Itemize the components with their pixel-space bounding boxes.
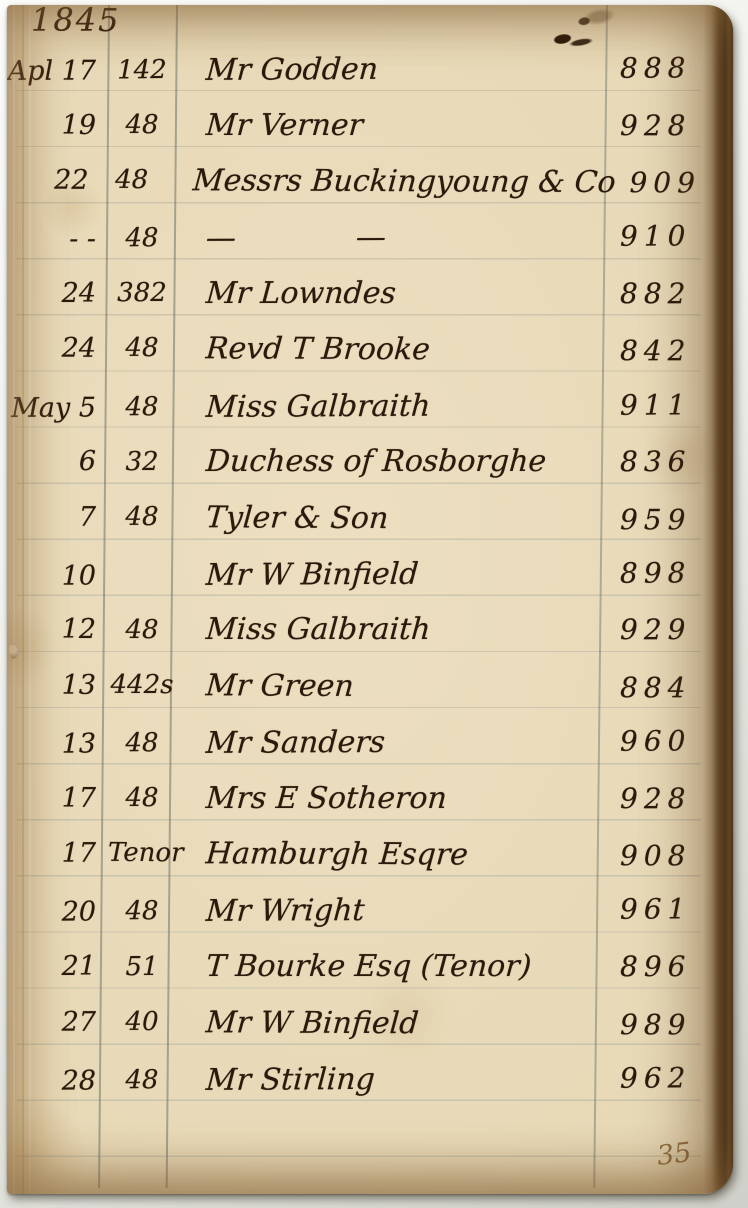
ledger-row: 17 48 Mrs E Sotheron 928	[7, 770, 733, 826]
entry-name: Miss Galbraith	[175, 387, 607, 424]
entry-name: Mr Stirling	[175, 1060, 607, 1097]
ledger-row: Apl 17 142 Mr Godden 888	[7, 39, 733, 99]
entry-date: 12	[7, 614, 108, 645]
ledger-row: 13 442s Mr Green 884	[7, 656, 733, 715]
entry-size: 51	[108, 952, 176, 982]
entry-date: 27	[7, 1006, 108, 1037]
entry-size: 48	[108, 333, 176, 363]
entry-name: Mr Wright	[175, 892, 607, 929]
entry-name: Mrs E Sotheron	[175, 781, 607, 816]
entry-size: 48	[108, 896, 176, 926]
entry-name: Miss Galbraith	[175, 612, 607, 647]
entry-date: 17	[7, 837, 108, 868]
ledger-row: 20 48 Mr Wright 961	[7, 881, 733, 941]
ledger-row: 21 51 T Bourke Esq (Tenor) 896	[7, 939, 733, 995]
entry-name: Messrs Buckingyoung & Co	[162, 163, 617, 200]
ledger-row: 24 382 Mr Lowndes 882	[7, 265, 733, 321]
entry-date: 13	[7, 669, 108, 700]
ledger-row: 27 40 Mr W Binfield 989	[7, 993, 733, 1052]
ledger-row: 24 48 Revd T Brooke 842	[7, 320, 733, 379]
entry-size: 48	[108, 728, 176, 758]
entry-date: May 5	[7, 391, 108, 423]
entry-name: Revd T Brooke	[175, 331, 608, 368]
entry-date: 13	[7, 728, 108, 760]
entry-name: Mr Lowndes	[175, 276, 607, 311]
ledger-row: 17 Tenor Hamburgh Esqre 908	[7, 825, 733, 884]
entry-date: 10	[7, 560, 108, 592]
ledger-row: - - 48 — — 910	[7, 207, 733, 267]
ledger-row: 12 48 Miss Galbraith 929	[7, 602, 733, 658]
entry-size: 48	[108, 110, 176, 140]
entry-name: Tyler & Son	[175, 499, 608, 536]
entry-date: 19	[7, 110, 108, 141]
entry-size: Tenor	[108, 838, 176, 868]
ledger-row: 13 48 Mr Sanders 960	[7, 712, 733, 772]
ledger-row: 7 48 Tyler & Son 959	[7, 488, 733, 547]
entry-size: 48	[108, 783, 176, 813]
page-number: 35	[655, 1137, 693, 1172]
entry-name: Mr Verner	[175, 108, 607, 143]
ledger-row: 22 48 Messrs Buckingyoung & Co 909	[7, 152, 733, 211]
entry-date: 21	[7, 951, 108, 982]
entry-name: Mr Green	[175, 668, 608, 705]
ledger-row: 19 48 Mr Verner 928	[7, 97, 733, 153]
ledger-book-page: 1845 Apl 17 142 Mr Godden 888 19 48 Mr V…	[7, 5, 733, 1194]
entry-size: 48	[108, 1065, 176, 1095]
entry-date: 7	[7, 501, 108, 532]
ledger-entries: Apl 17 142 Mr Godden 888 19 48 Mr Verner…	[7, 41, 733, 1107]
entry-name: T Bourke Esq (Tenor)	[175, 949, 607, 984]
entry-name: Mr Godden	[175, 50, 607, 87]
entry-date: 6	[7, 446, 108, 477]
entry-name: — —	[175, 219, 607, 256]
entry-size: 48	[108, 502, 176, 532]
year-heading: 1845	[31, 5, 120, 39]
entry-name: Mr W Binfield	[175, 1004, 608, 1041]
entry-size: 48	[108, 615, 176, 645]
ledger-row: 10 Mr W Binfield 898	[7, 544, 733, 604]
book-binding-edge	[703, 5, 733, 1194]
scanned-ledger-page: 1845 Apl 17 142 Mr Godden 888 19 48 Mr V…	[0, 0, 748, 1208]
entry-date: Apl 17	[7, 55, 108, 87]
entry-size: 48	[108, 392, 176, 422]
entry-date: 17	[7, 783, 108, 814]
ledger-row: May 5 48 Miss Galbraith 911	[7, 376, 733, 436]
entry-size: 48	[108, 223, 176, 253]
ledger-row: 28 48 Mr Stirling 962	[7, 1049, 733, 1109]
entry-date: 24	[7, 332, 108, 363]
entry-size: 442s	[108, 670, 176, 700]
entry-name: Mr W Binfield	[175, 555, 607, 592]
entry-size: 40	[108, 1006, 176, 1036]
entry-date: 28	[7, 1065, 108, 1097]
entry-date: 20	[7, 896, 108, 928]
entry-name: Duchess of Rosborghe	[175, 444, 607, 479]
entry-size: 32	[108, 447, 176, 477]
entry-size: 382	[108, 278, 176, 308]
entry-date: - -	[7, 223, 108, 255]
entry-date: 22	[7, 164, 101, 195]
ledger-row: 6 32 Duchess of Rosborghe 836	[7, 434, 733, 490]
entry-size: 142	[108, 55, 176, 85]
entry-name: Mr Sanders	[175, 723, 607, 760]
entry-date: 24	[7, 278, 108, 309]
entry-size: 48	[100, 165, 162, 195]
entry-name: Hamburgh Esqre	[175, 836, 608, 873]
